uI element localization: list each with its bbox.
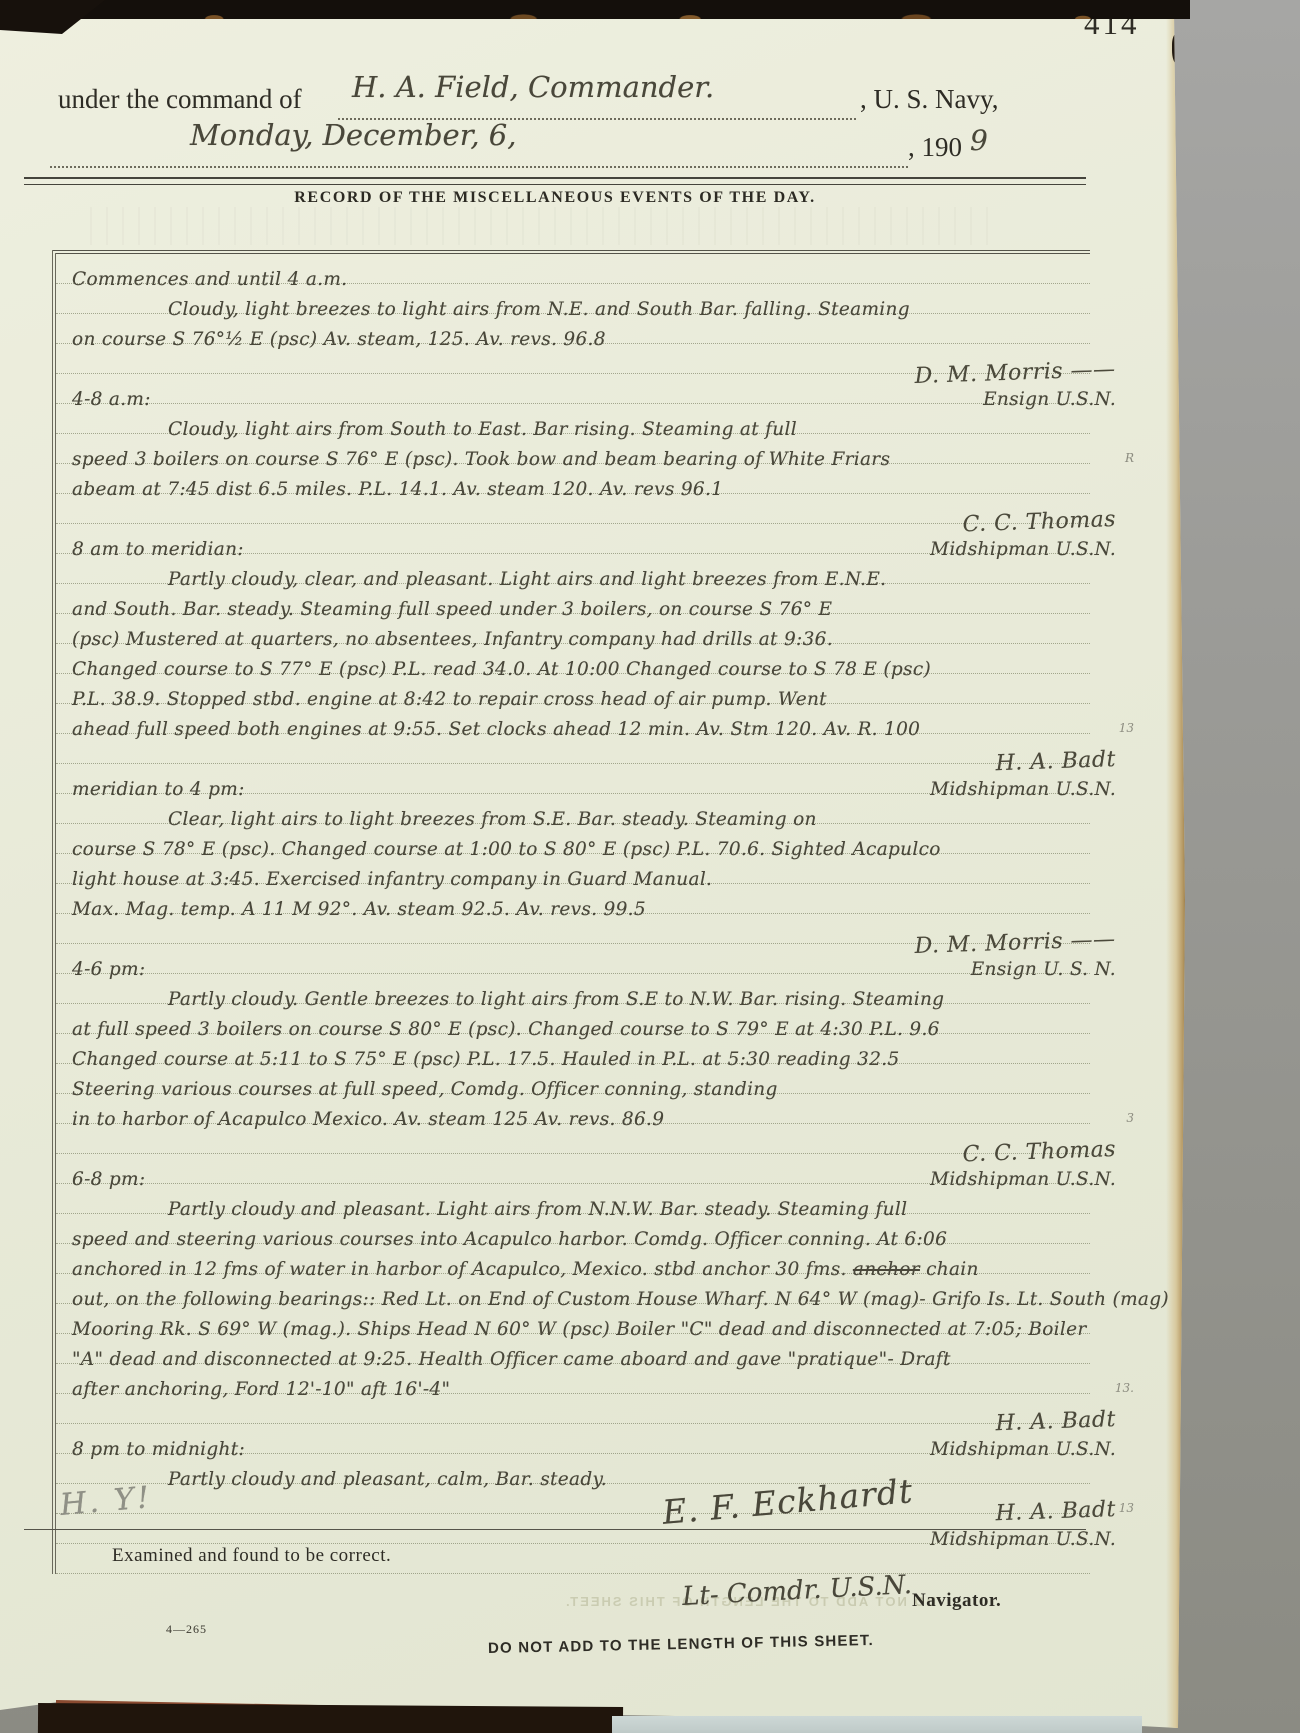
ledger-bottom-rule — [24, 1529, 1086, 1530]
year-printed: , 190 — [908, 132, 962, 163]
examined-label: Examined and found to be correct. — [112, 1545, 391, 1567]
ink-blot — [1172, 34, 1183, 64]
log-line: ahead full speed both engines at 9:55. S… — [56, 704, 1090, 734]
form-number: 4—265 — [166, 1622, 207, 1637]
log-line: out, on the following bearings:: Red Lt.… — [56, 1274, 1090, 1304]
command-prefix-label: under the command of — [58, 84, 302, 115]
log-line: 8 pm to midnight:Midshipman U.S.N. — [56, 1424, 1090, 1454]
margin-note: R — [1125, 451, 1134, 465]
log-line: light house at 3:45. Exercised infantry … — [56, 854, 1090, 884]
log-line: speed 3 boilers on course S 76° E (psc).… — [56, 434, 1090, 464]
section-title: RECORD OF THE MISCELLANEOUS EVENTS OF TH… — [0, 189, 1110, 207]
log-line: after anchoring, Ford 12'-10" aft 16'-4"… — [56, 1364, 1090, 1394]
adjacent-page-edge — [612, 1716, 1142, 1733]
log-line: at full speed 3 boilers on course S 80° … — [56, 1004, 1090, 1034]
log-line: Max. Mag. temp. A 11 M 92°. Av. steam 92… — [56, 884, 1090, 914]
print-bleed-ghost — [90, 207, 990, 245]
log-line: course S 78° E (psc). Changed course at … — [56, 824, 1090, 854]
log-line: in to harbor of Acapulco Mexico. Av. ste… — [56, 1094, 1090, 1124]
logbook-page: 414 under the command of H. A. Field, Co… — [0, 0, 1300, 1733]
log-line: Commences and until 4 a.m. — [56, 254, 1090, 284]
log-line: Changed course at 5:11 to S 75° E (psc) … — [56, 1034, 1090, 1064]
log-line: C. C. Thomas — [56, 1124, 1090, 1154]
log-line: Partly cloudy. Gentle breezes to light a… — [56, 974, 1090, 1004]
log-line: D. M. Morris —— — [56, 914, 1090, 944]
log-line: Cloudy, light airs from South to East. B… — [56, 404, 1090, 434]
log-line: Clear, light airs to light breezes from … — [56, 794, 1090, 824]
log-line: and South. Bar. steady. Steaming full sp… — [56, 584, 1090, 614]
year-digit-handwritten: 9 — [970, 124, 988, 157]
log-line: 4-8 a.m:Ensign U.S.N. — [56, 374, 1090, 404]
log-line: on course S 76°½ E (psc) Av. steam, 125.… — [56, 314, 1090, 344]
log-line: H. A. Badt13 — [56, 1484, 1090, 1514]
log-line: Partly cloudy and pleasant, calm, Bar. s… — [56, 1454, 1090, 1484]
log-line: 6-8 pm:Midshipman U.S.N. — [56, 1154, 1090, 1184]
log-line: meridian to 4 pm:Midshipman U.S.N. — [56, 764, 1090, 794]
log-line: Steering various courses at full speed, … — [56, 1064, 1090, 1094]
log-line: abeam at 7:45 dist 6.5 miles. P.L. 14.1.… — [56, 464, 1090, 494]
log-line: H. A. Badt — [56, 734, 1090, 764]
margin-note: 13 — [1119, 721, 1134, 735]
margin-note: 3 — [1126, 1111, 1134, 1125]
margin-note: 13. — [1115, 1381, 1134, 1395]
commander-name-handwritten: H. A. Field, Commander. — [352, 70, 714, 104]
header-rule — [24, 177, 1086, 185]
log-line: D. M. Morris —— — [56, 344, 1090, 374]
page-edge — [1166, 0, 1188, 1733]
log-line: 8 am to meridian:Midshipman U.S.N. — [56, 524, 1090, 554]
bottom-binding-edge — [38, 1703, 623, 1733]
ledger: Commences and until 4 a.m.Cloudy, light … — [52, 250, 1090, 1574]
log-line: Mooring Rk. S 69° W (mag.). Ships Head N… — [56, 1304, 1090, 1334]
log-line: Changed course to S 77° E (psc) P.L. rea… — [56, 644, 1090, 674]
log-line: 4-6 pm:Ensign U. S. N. — [56, 944, 1090, 974]
navigator-label: Navigator. — [912, 1590, 1001, 1612]
log-line: (psc) Mustered at quarters, no absentees… — [56, 614, 1090, 644]
log-line: Cloudy, light breezes to light airs from… — [56, 284, 1090, 314]
date-handwritten: Monday, December, 6, — [190, 118, 516, 152]
log-line: H. A. Badt — [56, 1394, 1090, 1424]
do-not-add-label: DO NOT ADD TO THE LENGTH OF THIS SHEET. — [488, 1632, 874, 1657]
log-line: P.L. 38.9. Stopped stbd. engine at 8:42 … — [56, 674, 1090, 704]
top-binding-edge — [0, 0, 1190, 19]
margin-note: 13 — [1119, 1501, 1134, 1515]
log-line: speed and steering various courses into … — [56, 1214, 1090, 1244]
log-line: "A" dead and disconnected at 9:25. Healt… — [56, 1334, 1090, 1364]
navy-label: , U. S. Navy, — [860, 84, 999, 115]
log-line: Partly cloudy, clear, and pleasant. Ligh… — [56, 554, 1090, 584]
log-line: C. C. Thomas — [56, 494, 1090, 524]
log-line: Partly cloudy and pleasant. Light airs f… — [56, 1184, 1090, 1214]
log-line: anchored in 12 fms of water in harbor of… — [56, 1244, 1090, 1274]
